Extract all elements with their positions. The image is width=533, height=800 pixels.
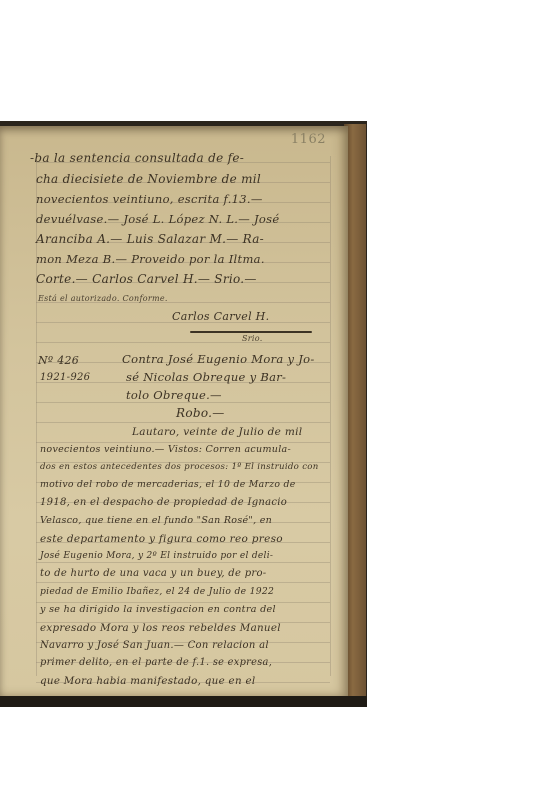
text-line: novecientos veintiuno, escrita f.13.— xyxy=(36,192,263,206)
ruled-line xyxy=(36,422,330,423)
ruled-line xyxy=(36,562,330,563)
body-line: Velasco, que tiene en el fundo "San Rosé… xyxy=(40,515,272,526)
body-line: que Mora habia manifestado, que en el xyxy=(40,675,255,687)
body-line: to de hurto de una vaca y un buey, de pr… xyxy=(40,568,266,579)
case-heading-line: tolo Obreque.— xyxy=(126,388,222,402)
ruled-line xyxy=(36,582,330,583)
ruled-line xyxy=(36,402,330,403)
body-line: expresado Mora y los reos rebeldes Manue… xyxy=(40,622,281,634)
signature-subtitle: Srio. xyxy=(242,334,263,343)
text-line: -ba la sentencia consultada de fe- xyxy=(30,151,244,165)
case-reference: 1921-926 xyxy=(40,372,90,383)
text-line: Corte.— Carlos Carvel H.— Srio.— xyxy=(36,272,257,286)
signature: Carlos Carvel H. xyxy=(172,310,269,323)
ruled-line xyxy=(36,342,330,343)
text-line: cha diecisiete de Noviembre de mil xyxy=(36,172,261,186)
page-number: 1162 xyxy=(291,132,326,147)
signature-underline xyxy=(190,331,312,333)
body-line: dos en estos antecedentes dos procesos: … xyxy=(40,462,319,472)
body-line: primer delito, en el parte de f.1. se ex… xyxy=(40,657,272,668)
page-bottom-edge xyxy=(0,696,367,707)
body-line: José Eugenio Mora, y 2º El instruido por… xyxy=(40,551,273,561)
right-margin-rule xyxy=(330,156,331,676)
text-line: Aranciba A.— Luis Salazar M.— Ra- xyxy=(36,232,264,246)
body-line: 1918, en el despacho de propiedad de Ign… xyxy=(40,497,287,508)
body-line: este departamento y figura como reo pres… xyxy=(40,533,283,545)
case-heading-line: Contra José Eugenio Mora y Jo- xyxy=(122,352,315,366)
body-line: Lautaro, veinte de Julio de mil xyxy=(132,426,302,438)
text-line: mon Meza B.— Proveido por la Iltma. xyxy=(36,252,265,266)
body-line: Navarro y José San Juan.— Con relacion a… xyxy=(40,640,269,651)
case-heading-line: sé Nicolas Obreque y Bar- xyxy=(126,370,286,384)
ruled-line xyxy=(36,602,330,603)
case-number: Nº 426 xyxy=(38,354,79,367)
body-line: novecientos veintiuno.— Vistos: Corren a… xyxy=(40,444,291,455)
body-line: y se ha dirigido la investigacion en con… xyxy=(40,604,276,615)
text-line: devuélvase.— José L. López N. L.— José xyxy=(36,212,279,226)
case-subject: Robo.— xyxy=(176,406,225,420)
body-line: motivo del robo de mercaderias, el 10 de… xyxy=(40,479,296,490)
annotation-note: Está el autorizado. Conforme. xyxy=(38,294,168,303)
body-line: piedad de Emilio Ibañez, el 24 de Julio … xyxy=(40,586,274,597)
ledger-page: 1162 -ba la sentencia consultada de fe- … xyxy=(0,126,348,696)
